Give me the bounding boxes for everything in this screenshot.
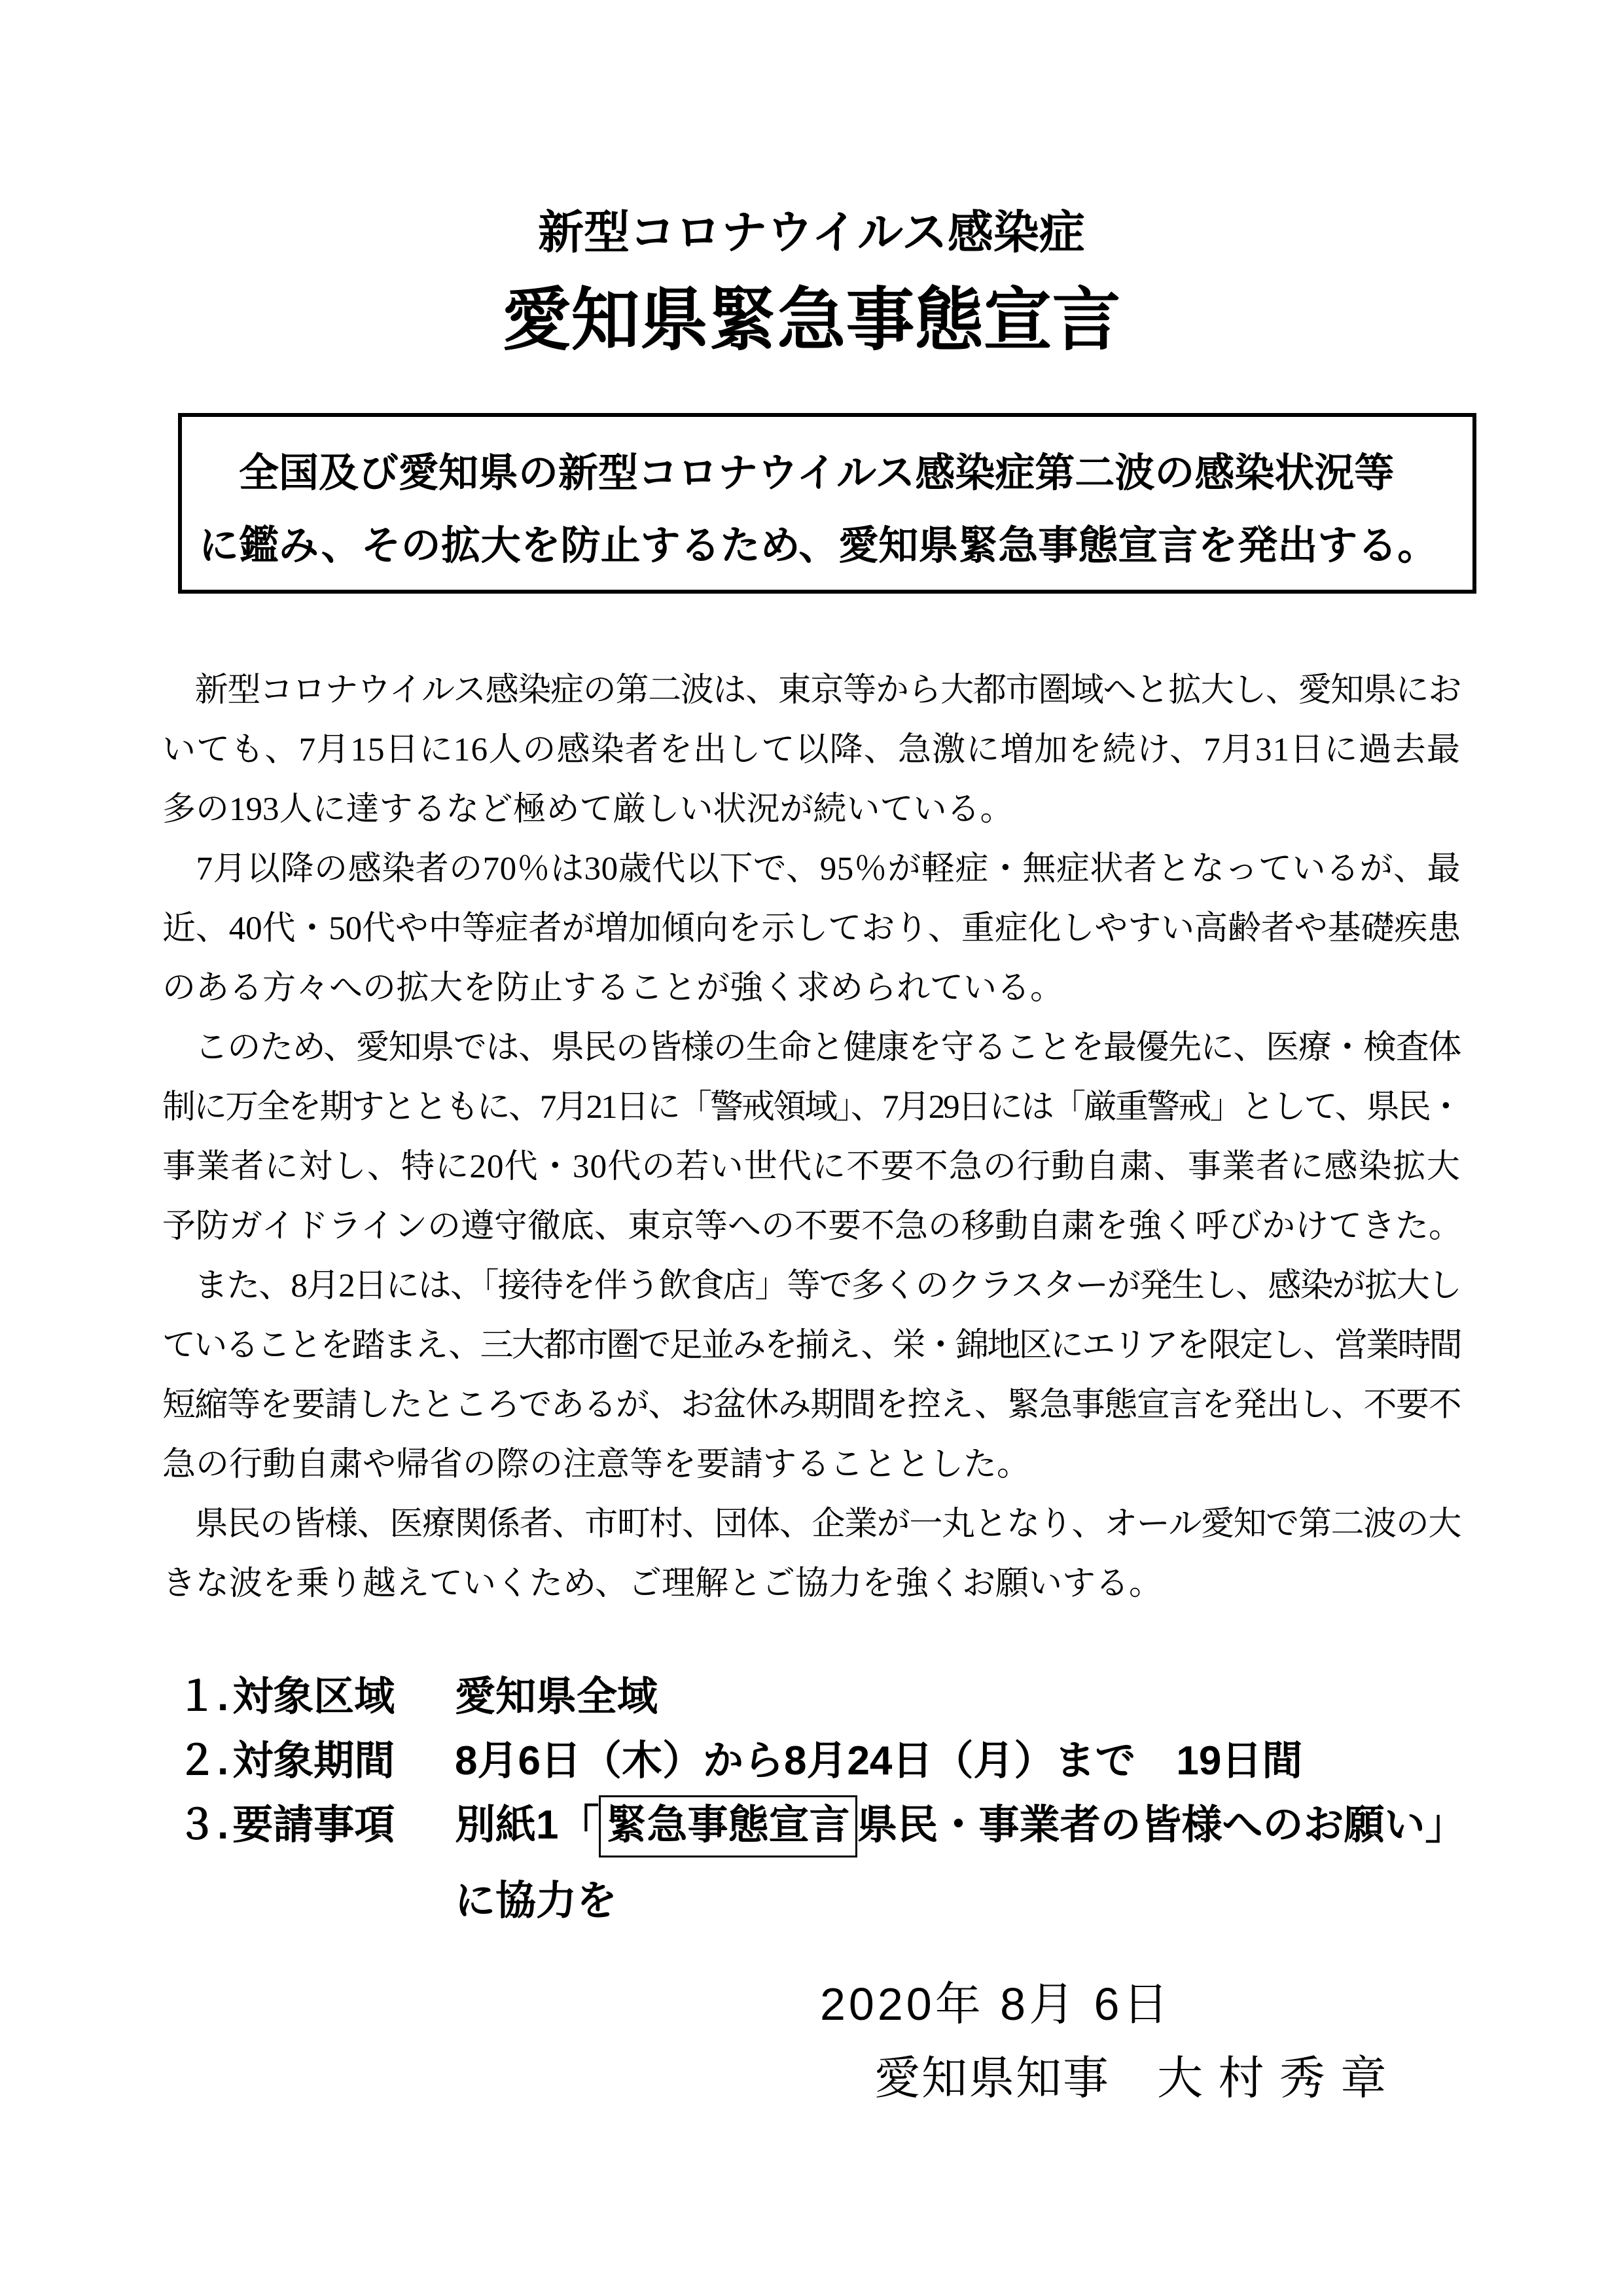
body-paragraph-1: 新型コロナウイルス感染症の第二波は、東京等から大都市圏域へと拡大し、愛知県におい… bbox=[162, 661, 1461, 840]
body-text: 新型コロナウイルス感染症の第二波は、東京等から大都市圏域へと拡大し、愛知県におい… bbox=[162, 661, 1461, 1614]
list-item-1: １.対象区域愛知県全域 bbox=[177, 1671, 658, 1723]
body-line: ていることを踏まえ、三大都市圏で足並みを揃え、栄・錦地区にエリアを限定し、営業時… bbox=[162, 1316, 1461, 1376]
body-line: また、8月2日には、「接待を伴う飲食店」等で多くのクラスターが発生し、感染が拡大… bbox=[162, 1257, 1461, 1316]
document-title: 愛知県緊急事態宣言 bbox=[0, 279, 1623, 363]
body-line: このため、愛知県では、県民の皆様の生命と健康を守ることを最優先に、医療・検査体 bbox=[162, 1018, 1461, 1078]
item-value-text: 愛知県全域 bbox=[455, 1674, 658, 1719]
summary-box: 全国及び愛知県の新型コロナウイルス感染症第二波の感染状況等 に鑑み、その拡大を防… bbox=[178, 413, 1476, 594]
item-value: 8月6日（木）から8月24日（月）まで 19日間 bbox=[455, 1738, 1302, 1784]
body-line: いても、7月15日に16人の感染者を出して以降、急激に増加を続け、7月31日に過… bbox=[162, 721, 1461, 780]
body-line: 事業者に対し、特に20代・30代の若い世代に不要不急の行動自粛、事業者に感染拡大 bbox=[162, 1138, 1461, 1197]
emergency-declaration-box: 緊急事態宣言 bbox=[599, 1795, 857, 1857]
item-value-text: 別紙1「 bbox=[455, 1803, 599, 1848]
body-line: 7月以降の感染者の70％は30歳代以下で、95％が軽症・無症状者となっているが、… bbox=[162, 840, 1461, 899]
body-line: 制に万全を期すとともに、7月21日に「警戒領域」、7月29日には「厳重警戒」とし… bbox=[162, 1078, 1461, 1138]
item-value-text: 8月6日（木）から8月24日（月）まで 19日間 bbox=[455, 1738, 1302, 1784]
document-subtitle: 新型コロナウイルス感染症 bbox=[0, 205, 1623, 260]
item-value: 別紙1「緊急事態宣言県民・事業者の皆様へのお願い」 bbox=[455, 1795, 1466, 1857]
body-line: 短縮等を要請したところであるが、お盆休み期間を控え、緊急事態宣言を発出し、不要不 bbox=[162, 1376, 1461, 1435]
body-paragraph-2: 7月以降の感染者の70％は30歳代以下で、95％が軽症・無症状者となっているが、… bbox=[162, 840, 1461, 1018]
item-number: ３. bbox=[177, 1803, 228, 1848]
item-label: 要請事項 bbox=[232, 1803, 395, 1848]
body-line: 急の行動自粛や帰省の際の注意等を要請することとした。 bbox=[162, 1435, 1461, 1495]
item-value: 愛知県全域 bbox=[455, 1674, 658, 1719]
item-number: １. bbox=[177, 1674, 228, 1719]
body-paragraph-3: このため、愛知県では、県民の皆様の生命と健康を守ることを最優先に、医療・検査体制… bbox=[162, 1018, 1461, 1257]
issue-date: 2020年 8月 6日 bbox=[820, 1978, 1171, 2030]
governor-signature: 愛知県知事 大 村 秀 章 bbox=[874, 2052, 1387, 2104]
document-page: 新型コロナウイルス感染症 愛知県緊急事態宣言 全国及び愛知県の新型コロナウイルス… bbox=[0, 0, 1623, 2296]
item-label: 対象区域 bbox=[232, 1674, 395, 1719]
body-line: 予防ガイドラインの遵守徹底、東京等への不要不急の移動自粛を強く呼びかけてきた。 bbox=[162, 1197, 1461, 1257]
body-paragraph-4: また、8月2日には、「接待を伴う飲食店」等で多くのクラスターが発生し、感染が拡大… bbox=[162, 1257, 1461, 1495]
list-item-2: ２.対象期間8月6日（木）から8月24日（月）まで 19日間 bbox=[177, 1735, 1302, 1787]
body-paragraph-5: 県民の皆様、医療関係者、市町村、団体、企業が一丸となり、オール愛知で第二波の大き… bbox=[162, 1495, 1461, 1614]
item3-continuation: に協力を bbox=[455, 1875, 617, 1928]
body-line: 多の193人に達するなど極めて厳しい状況が続いている。 bbox=[162, 780, 1461, 840]
body-line: 新型コロナウイルス感染症の第二波は、東京等から大都市圏域へと拡大し、愛知県にお bbox=[162, 661, 1461, 721]
item-value-text: 県民・事業者の皆様へのお願い」 bbox=[857, 1803, 1466, 1848]
body-line: 県民の皆様、医療関係者、市町村、団体、企業が一丸となり、オール愛知で第二波の大 bbox=[162, 1495, 1461, 1554]
body-line: きな波を乗り越えていくため、ご理解とご協力を強くお願いする。 bbox=[162, 1554, 1461, 1614]
item-label: 対象期間 bbox=[232, 1738, 395, 1784]
summary-line-2: に鑑み、その拡大を防止するため、愛知県緊急事態宣言を発出する。 bbox=[199, 509, 1455, 582]
body-line: のある方々への拡大を防止することが強く求められている。 bbox=[162, 959, 1461, 1018]
item-number: ２. bbox=[177, 1738, 228, 1784]
list-item-3: ３.要請事項別紙1「緊急事態宣言県民・事業者の皆様へのお願い」 bbox=[177, 1799, 1466, 1852]
summary-line-1: 全国及び愛知県の新型コロナウイルス感染症第二波の感染状況等 bbox=[199, 437, 1455, 509]
body-line: 近、40代・50代や中等症者が増加傾向を示しており、重症化しやすい高齢者や基礎疾… bbox=[162, 899, 1461, 959]
